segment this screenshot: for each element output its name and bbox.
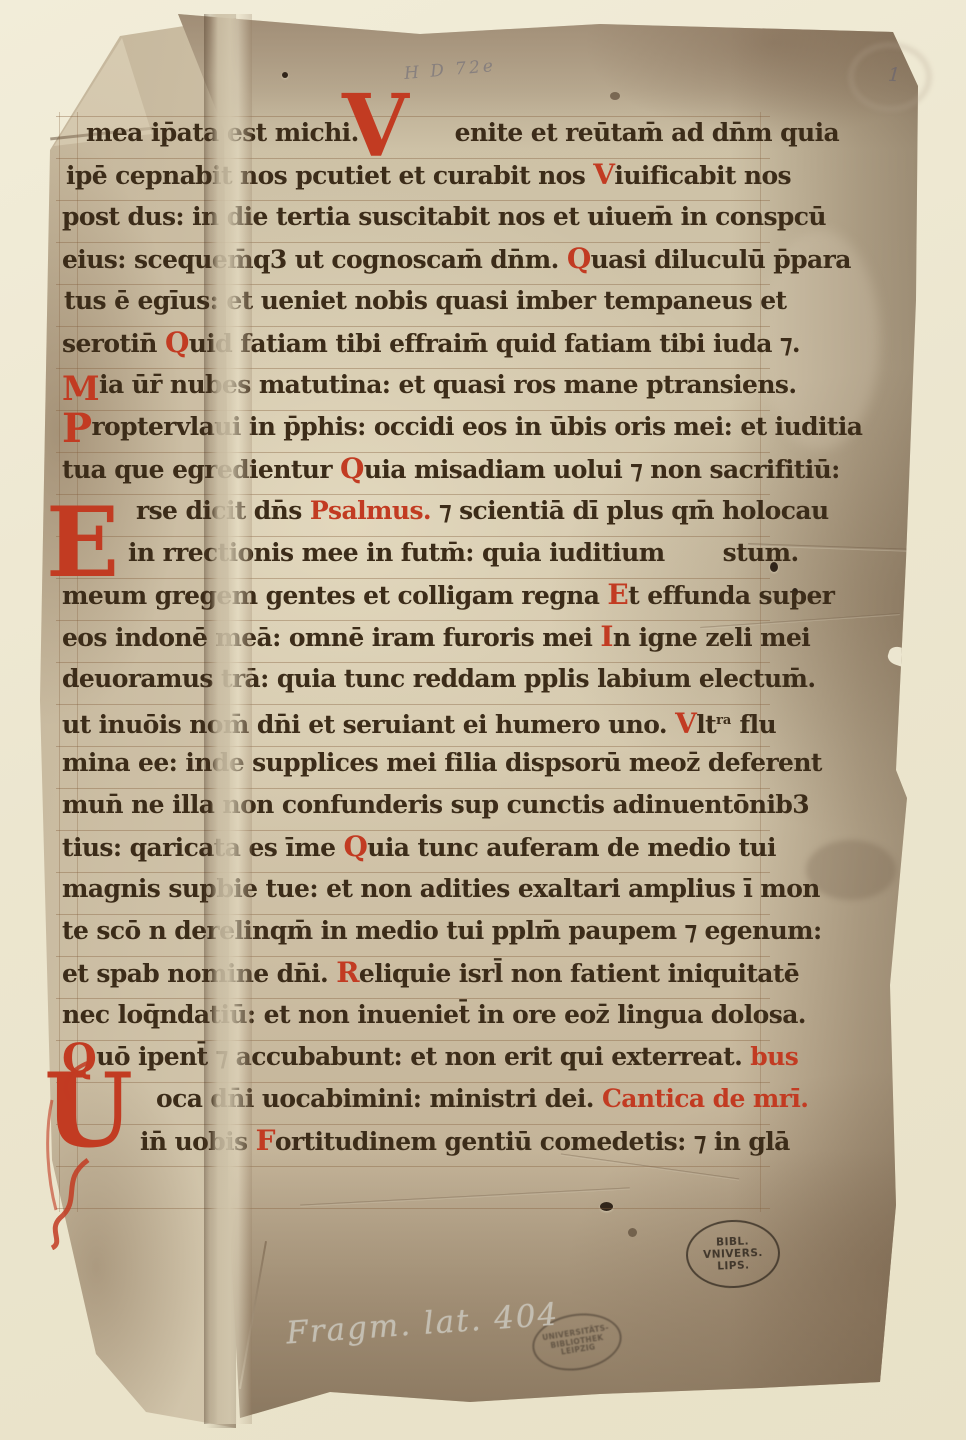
red-initial: M	[62, 369, 99, 409]
text-segment: uia tunc auferam de medio tui	[367, 833, 776, 862]
text-segment: uasi diluculū p̄para	[591, 245, 851, 274]
manuscript-text-line: in rrectionis mee in futm̄: quia iuditiu…	[62, 532, 776, 574]
manuscript-text-line: nec loq̄ndatiū: et non inueniet̄ in ore …	[62, 994, 776, 1036]
text-segment: ut inuōis nom̄ dn̄i et seruiant ei humer…	[62, 710, 675, 739]
rubric-text: bus	[750, 1042, 798, 1071]
text-segment: uid fatiam tibi effraim̄ quid fatiam tib…	[189, 329, 800, 358]
stamp-line: VNIVERS.	[703, 1247, 763, 1261]
manuscript-text-line: eos indonē meā: omnē iram furoris mei In…	[62, 616, 776, 658]
text-segment: lt	[696, 710, 716, 739]
text-segment: t effunda super	[628, 581, 834, 610]
manuscript-text-line: eius: scequem̄q3 ut cognoscam̄ dn̄m. Qua…	[62, 238, 776, 280]
red-initial: E	[607, 578, 628, 611]
manuscript-text-line: Proptervlaui in p̄phis: occidi eos in ūb…	[62, 406, 776, 448]
text-segment: n igne zeli mei	[613, 623, 810, 652]
vertical-fold	[204, 14, 252, 1424]
manuscript-text-line: Mia ūr̄ nubes matutina: et quasi ros man…	[62, 364, 776, 406]
text-segment: mun̄ ne illa non confunderis sup cunctis…	[62, 790, 809, 819]
text-segment: ortitudinem gentiū comedetis: ⁊ in glā	[275, 1127, 790, 1156]
text-block: mea ip̄ata est michi.enite et reūtam̄ ad…	[62, 112, 776, 1162]
text-segment: ⁊ scientiā dī plus qm̄ holocau	[431, 496, 829, 525]
text-segment: tius: qaricata es īme	[62, 833, 344, 862]
manuscript-text-line: tus ē egīus: et ueniet nobis quasi imber…	[62, 280, 776, 322]
manuscript-text-line: ut inuōis nom̄ dn̄i et seruiant ei humer…	[62, 700, 776, 742]
manuscript-photograph: V E U mea ip̄ata est michi.enite et reūt…	[0, 0, 966, 1440]
text-segment: serotin̄	[62, 329, 165, 358]
manuscript-text-line: in̄ uobis Fortitudinem gentiū comedetis:…	[62, 1120, 776, 1162]
text-segment: eius: scequem̄q3 ut cognoscam̄ dn̄m.	[62, 245, 567, 274]
manuscript-text-line: serotin̄ Quid fatiam tibi effraim̄ quid …	[62, 322, 776, 364]
red-initial: I	[600, 620, 613, 653]
manuscript-text-line: Quō ipent̄ ⁊ accubabunt: et non erit qui…	[62, 1036, 776, 1078]
text-segment: eliquie isrl̄ non fatient iniquitatē	[359, 959, 799, 988]
red-initial: P	[62, 405, 91, 452]
wormhole	[282, 72, 288, 78]
manuscript-text-line: deuoramus trā: quia tunc reddam pplis la…	[62, 658, 776, 700]
red-initial: Q	[340, 452, 364, 485]
text-segment: ra	[716, 713, 731, 728]
text-segment: enite et reūtam̄ ad dn̄m quia	[455, 118, 839, 147]
text-segment: meum gregem gentes et colligam regna	[62, 581, 607, 610]
manuscript-text-line: mea ip̄ata est michi.enite et reūtam̄ ad…	[62, 112, 776, 154]
text-segment: uō ipent̄ ⁊ accubabunt: et non erit qui …	[96, 1042, 750, 1071]
text-segment: flu	[731, 710, 776, 739]
manuscript-text-line: mun̄ ne illa non confunderis sup cunctis…	[62, 784, 776, 826]
red-initial: F	[256, 1124, 275, 1157]
text-segment: eos indonē meā: omnē iram furoris mei	[62, 623, 600, 652]
manuscript-text-line: mina ee: inde supplices mei filia dispso…	[62, 742, 776, 784]
red-initial: Q	[344, 830, 368, 863]
text-segment: tua que egredientur	[62, 455, 340, 484]
manuscript-text-line: tius: qaricata es īme Quia tunc auferam …	[62, 826, 776, 868]
text-segment: et spab nomine dn̄i.	[62, 959, 336, 988]
red-initial: V	[675, 707, 696, 740]
red-initial: Q	[567, 242, 591, 275]
red-initial: R	[336, 956, 359, 989]
text-segment: mina ee: inde supplices mei filia dispso…	[62, 748, 822, 777]
manuscript-text-line: tua que egredientur Quia misadiam uolui …	[62, 448, 776, 490]
red-initial: Q	[62, 1035, 96, 1082]
text-segment: nec loq̄ndatiū: et non inueniet̄ in ore …	[62, 1000, 806, 1029]
manuscript-text-line: post dus: in die tertia suscitabit nos e…	[62, 196, 776, 238]
text-segment: deuoramus trā: quia tunc reddam pplis la…	[62, 664, 816, 693]
text-segment: magnis supbie tue: et non adities exalta…	[62, 874, 820, 903]
manuscript-text-line: rse dicit dn̄s Psalmus. ⁊ scientiā dī pl…	[62, 490, 776, 532]
text-segment: uia misadiam uolui ⁊ non sacrifitiū:	[364, 455, 840, 484]
manuscript-text-line: et spab nomine dn̄i. Reliquie isrl̄ non …	[62, 952, 776, 994]
stain	[628, 1228, 637, 1237]
rubric-text: Cantica de mrī.	[602, 1084, 808, 1113]
red-initial: Q	[165, 326, 189, 359]
text-segment: iuificabit nos	[614, 161, 791, 190]
manuscript-text-line: meum gregem gentes et colligam regna Et …	[62, 574, 776, 616]
stain	[610, 92, 620, 100]
manuscript-text-line: ipē cepnabit nos pcutiet et curabit nos …	[62, 154, 776, 196]
text-segment: stum.	[723, 538, 799, 567]
folio-number: 1	[887, 64, 901, 87]
text-segment: post dus: in die tertia suscitabit nos e…	[62, 202, 826, 231]
rubric-text: Psalmus.	[310, 496, 431, 525]
red-initial: V	[593, 158, 614, 191]
stamp-line: LIPS.	[717, 1259, 750, 1272]
manuscript-text-line: oca dn̄i uocabimini: ministri dei. Canti…	[62, 1078, 776, 1120]
text-segment: te scō n derelinqm̄ in medio tui pplm̄ p…	[62, 916, 822, 945]
text-segment: tus ē egīus: et ueniet nobis quasi imber…	[64, 286, 786, 315]
text-segment: ipē cepnabit nos pcutiet et curabit nos	[66, 161, 593, 190]
manuscript-text-line: magnis supbie tue: et non adities exalta…	[62, 868, 776, 910]
manuscript-text-line: te scō n derelinqm̄ in medio tui pplm̄ p…	[62, 910, 776, 952]
